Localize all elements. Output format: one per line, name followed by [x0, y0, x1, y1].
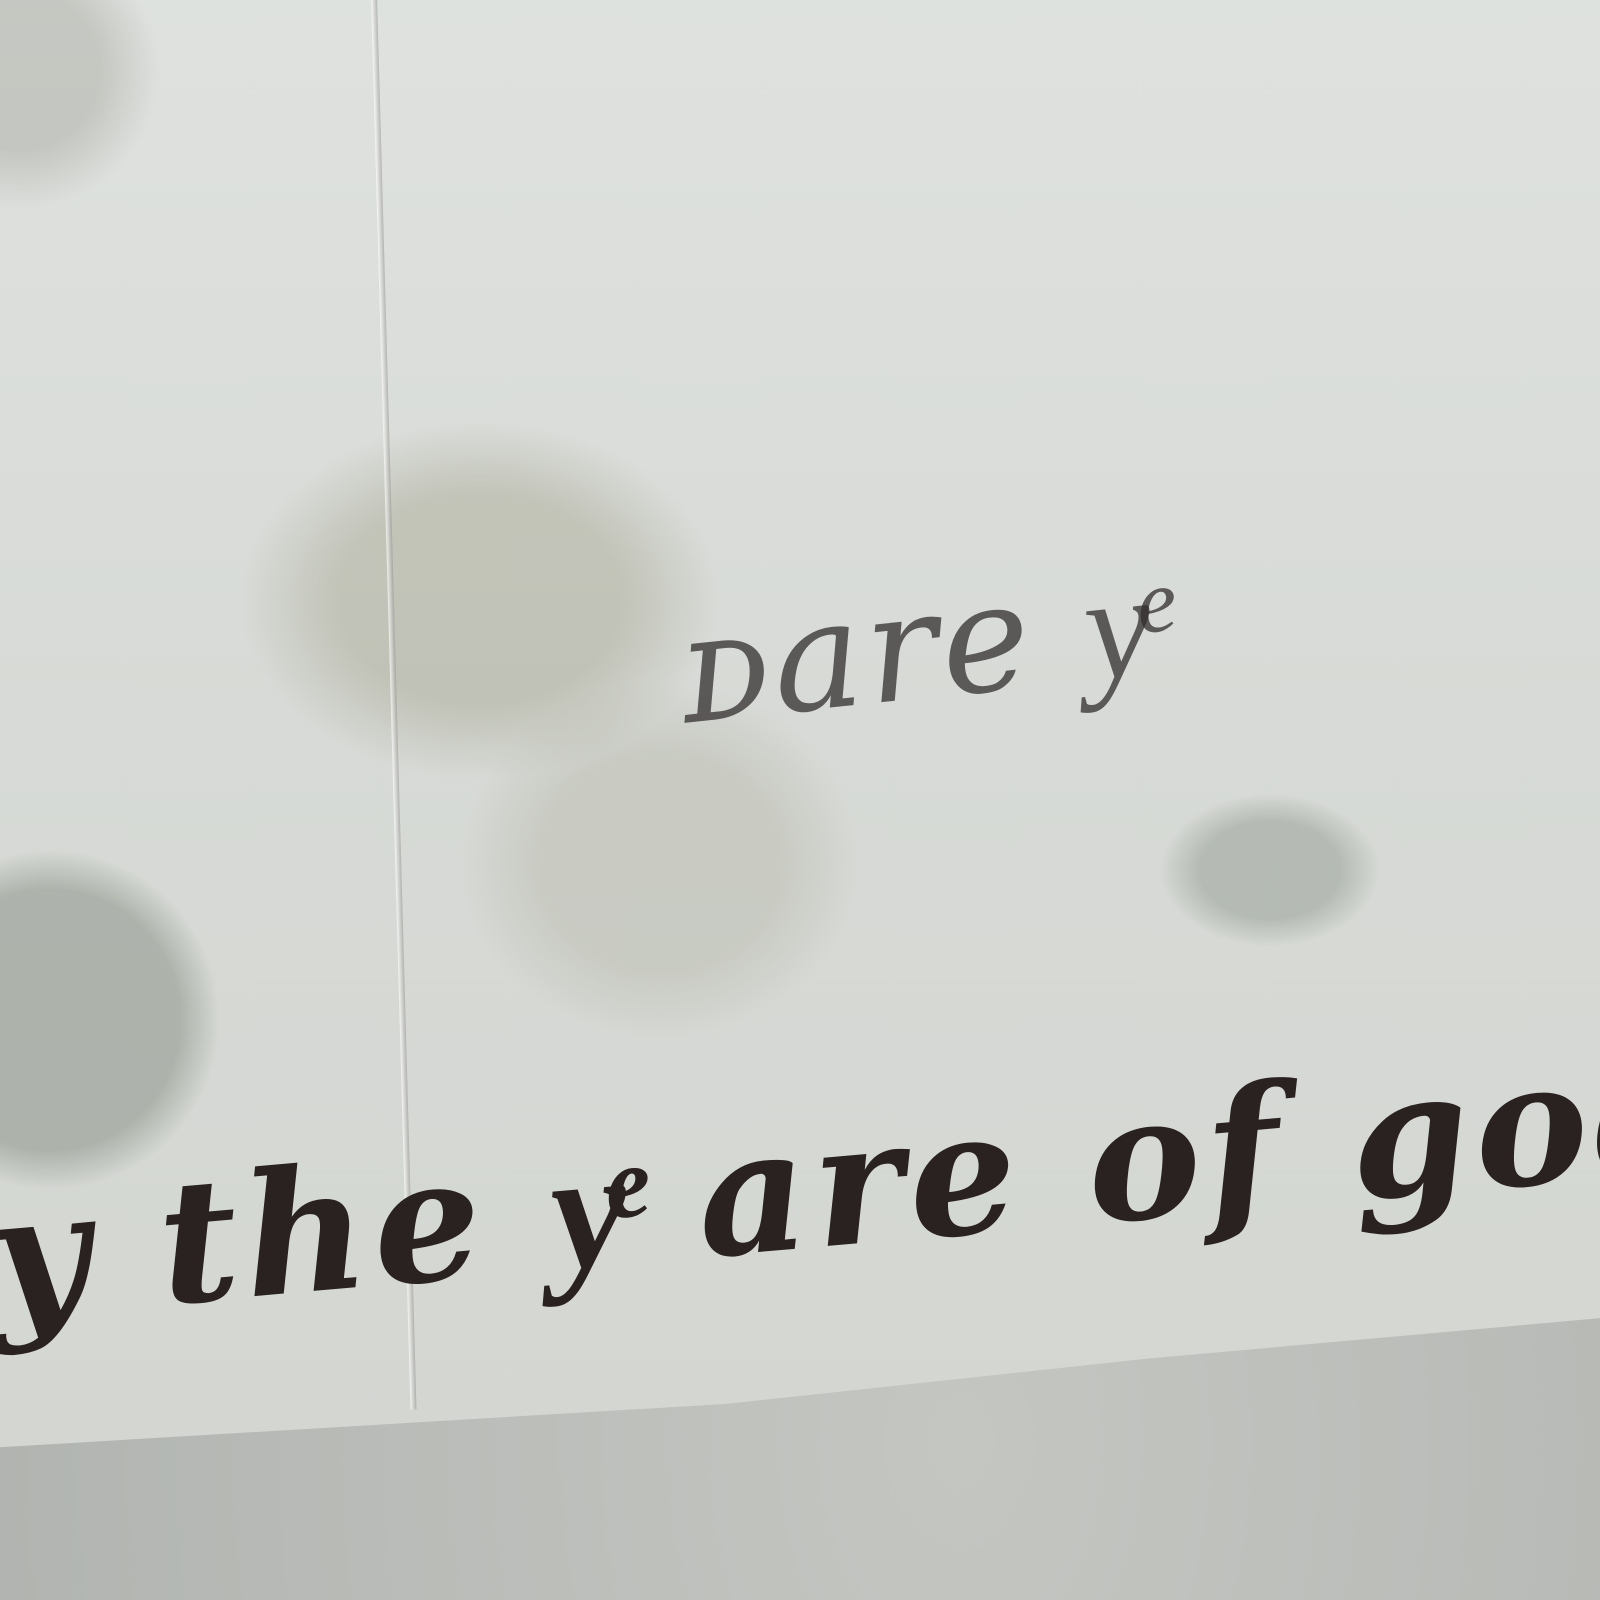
photo-scene: ᴅare yͤ y the yͤ are of god [0, 0, 1600, 1600]
